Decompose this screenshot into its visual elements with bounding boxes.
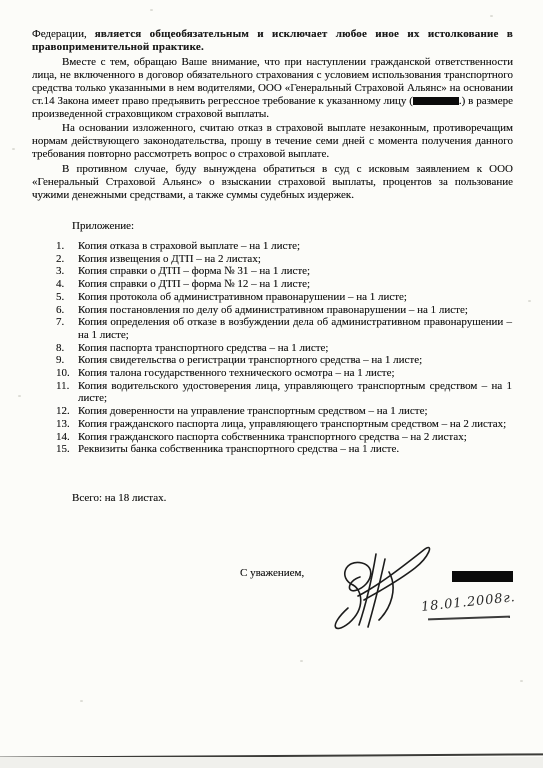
attachment-item: 8.Копия паспорта транспортного средства … — [56, 342, 512, 355]
attachment-item: 15.Реквизиты банка собственника транспор… — [56, 443, 512, 456]
scan-below-edge — [0, 757, 543, 768]
attachment-item-number: 6. — [56, 304, 76, 317]
attachment-item-text: Копия отказа в страховой выплате – на 1 … — [78, 240, 300, 252]
handwritten-date-underline — [428, 616, 510, 620]
attachment-item-number: 5. — [56, 291, 76, 304]
attachment-item: 6.Копия постановления по делу об админис… — [56, 304, 512, 317]
redaction-bar-inline — [413, 97, 459, 105]
attachment-item: 1.Копия отказа в страховой выплате – на … — [56, 240, 512, 253]
paragraph-federation-lead: Федерации, — [32, 28, 87, 40]
attachment-item-number: 8. — [56, 342, 76, 355]
attachment-item: 11.Копия водительского удостоверения лиц… — [56, 380, 512, 405]
attachment-item: 13.Копия гражданского паспорта лица, упр… — [56, 418, 512, 431]
paragraph-regress-claim: Вместе с тем, обращаю Ваше внимание, что… — [32, 56, 513, 121]
scan-speckle — [18, 395, 21, 397]
attachment-item-number: 2. — [56, 253, 76, 266]
attachments-list: 1.Копия отказа в страховой выплате – на … — [56, 240, 512, 456]
attachment-item: 9.Копия свидетельства о регистрации тран… — [56, 354, 512, 367]
attachment-item-text: Копия водительского удостоверения лица, … — [78, 380, 512, 405]
attachment-item: 4.Копия справки о ДТП – форма № 12 – на … — [56, 278, 512, 291]
paragraph-court-warning: В противном случае, буду вынуждена обрат… — [32, 163, 513, 202]
attachment-item-text: Копия справки о ДТП – форма № 31 – на 1 … — [78, 265, 310, 277]
attachment-item: 14.Копия гражданского паспорта собственн… — [56, 431, 512, 444]
attachment-item-text: Копия доверенности на управление транспо… — [78, 405, 428, 417]
attachment-item-text: Копия справки о ДТП – форма № 12 – на 1 … — [78, 278, 310, 290]
attachment-item-text: Реквизиты банка собственника транспортно… — [78, 443, 399, 455]
attachment-item-number: 1. — [56, 240, 76, 253]
attachment-item-number: 7. — [56, 316, 76, 329]
attachment-item-number: 12. — [56, 405, 76, 418]
letter-body: Федерации, является общеобязательным и и… — [32, 28, 513, 203]
attachment-item: 10.Копия талона государственного техниче… — [56, 367, 512, 380]
attachment-item-text: Копия протокола об административном прав… — [78, 291, 407, 303]
attachment-item-number: 4. — [56, 278, 76, 291]
scan-speckle — [300, 660, 303, 662]
scan-speckle — [12, 148, 15, 150]
attachment-item-number: 9. — [56, 354, 76, 367]
scan-speckle — [80, 700, 83, 702]
closing-salutation: С уважением, — [240, 567, 304, 579]
paragraph-federation-bold: является общеобязательным и исключает лю… — [32, 28, 513, 53]
paragraph-demand: На основании изложенного, считаю отказ в… — [32, 122, 513, 161]
attachment-item: 7.Копия определения об отказе в возбужде… — [56, 316, 512, 341]
attachment-item-text: Копия определения об отказе в возбуждени… — [78, 316, 512, 341]
attachment-item: 12.Копия доверенности на управление тран… — [56, 405, 512, 418]
attachment-item-number: 15. — [56, 443, 76, 456]
attachment-item-number: 3. — [56, 265, 76, 278]
attachment-item-text: Копия гражданского паспорта собственника… — [78, 431, 467, 443]
attachment-item-number: 13. — [56, 418, 76, 431]
attachment-item-text: Копия свидетельства о регистрации трансп… — [78, 354, 422, 366]
attachment-item-number: 11. — [56, 380, 76, 393]
attachment-item-number: 10. — [56, 367, 76, 380]
attachment-item-text: Копия талона государственного техническо… — [78, 367, 395, 379]
scan-speckle — [520, 680, 523, 682]
scan-speckle — [150, 9, 153, 11]
paragraph-federation: Федерации, является общеобязательным и и… — [32, 28, 513, 54]
attachment-item-text: Копия извещения о ДТП – на 2 листах; — [78, 253, 261, 265]
handwritten-date: 18.01.2008г. — [420, 590, 516, 615]
attachment-item-text: Копия постановления по делу об администр… — [78, 304, 468, 316]
attachment-item: 3.Копия справки о ДТП – форма № 31 – на … — [56, 265, 512, 278]
attachment-item-number: 14. — [56, 431, 76, 444]
scan-speckle — [528, 300, 531, 302]
attachment-item-text: Копия гражданского паспорта лица, управл… — [78, 418, 506, 430]
redaction-bar-name — [452, 571, 513, 582]
scan-speckle — [490, 15, 493, 17]
attachment-item-text: Копия паспорта транспортного средства – … — [78, 342, 328, 354]
signature-scribble — [318, 538, 434, 632]
attachments-heading: Приложение: — [72, 220, 134, 232]
attachment-item: 5.Копия протокола об административном пр… — [56, 291, 512, 304]
scanned-letter-page: Федерации, является общеобязательным и и… — [0, 0, 543, 768]
attachment-item: 2.Копия извещения о ДТП – на 2 листах; — [56, 253, 512, 266]
total-sheets-line: Всего: на 18 листах. — [72, 492, 166, 504]
